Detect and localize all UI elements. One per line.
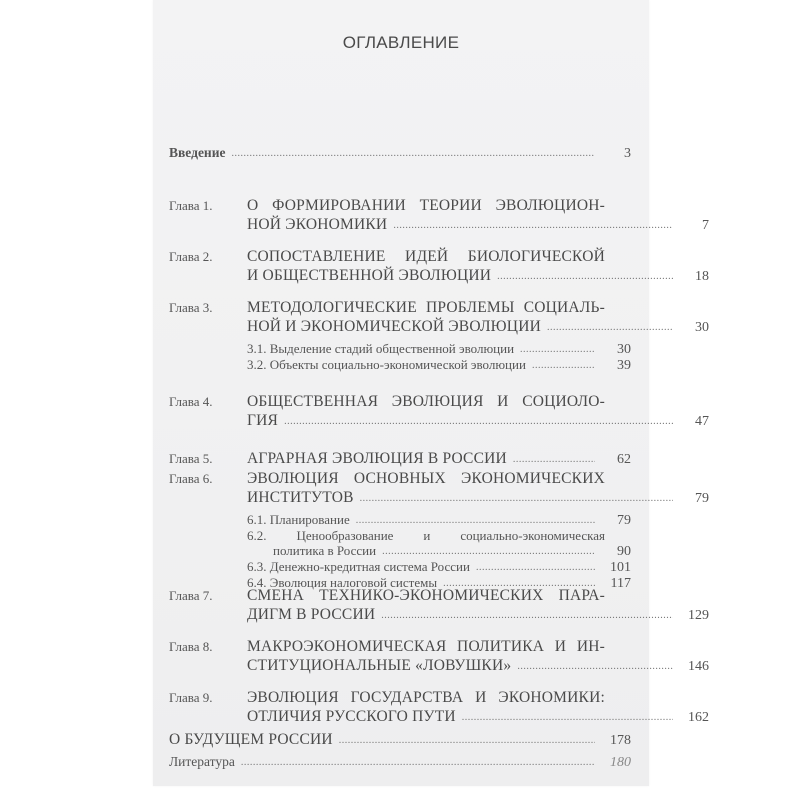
dot-leader — [382, 547, 595, 557]
toc-row: Глава 9.ЭВОЛЮЦИЯГОСУДАРСТВАИЭКОНОМИКИ: — [169, 688, 631, 707]
toc-entry-future[interactable]: О БУДУЩЕМ РОССИИ178 — [169, 730, 631, 750]
chapter-number: Глава 2. — [169, 247, 247, 266]
toc-row: О БУДУЩЕМ РОССИИ178 — [169, 730, 631, 750]
toc-section[interactable]: 6.2.Ценообразованиеисоциально-экономичес… — [247, 528, 631, 559]
toc-row: СТИТУЦИОНАЛЬНЫЕ «ЛОВУШКИ»146 — [169, 656, 709, 676]
dot-leader — [520, 345, 595, 355]
section-title: 3.2. Объекты социально-экономической эво… — [247, 357, 526, 372]
toc-row: 3.2. Объекты социально-экономической эво… — [247, 357, 631, 373]
toc-row: Глава 7.СМЕНАТЕХНИКО-ЭКОНОМИЧЕСКИХПАРА- — [169, 586, 631, 605]
chapter-title: МАКРОЭКОНОМИЧЕСКАЯПОЛИТИКАИИН- — [247, 637, 631, 656]
toc-row: ДИГМ В РОССИИ129 — [169, 605, 709, 625]
toc-entry-chapter-8[interactable]: Глава 8.МАКРОЭКОНОМИЧЕСКАЯПОЛИТИКАИИН-СТ… — [169, 637, 631, 676]
toc-row: 6.2.Ценообразованиеисоциально-экономичес… — [247, 528, 631, 543]
chapter-title: СМЕНАТЕХНИКО-ЭКОНОМИЧЕСКИХПАРА- — [247, 586, 631, 605]
dot-leader — [393, 221, 673, 231]
toc-entry-chapter-1[interactable]: Глава 1.ОФОРМИРОВАНИИТЕОРИИЭВОЛЮЦИОН-НОЙ… — [169, 196, 631, 235]
page-number: 39 — [601, 358, 631, 373]
dot-leader — [231, 149, 595, 159]
toc-section[interactable]: 3.1. Выделение стадий общественной эволю… — [247, 341, 631, 357]
chapter-title: ЭВОЛЮЦИЯГОСУДАРСТВАИЭКОНОМИКИ: — [247, 688, 631, 707]
page-number: 129 — [679, 606, 709, 625]
toc-row: Глава 6.ЭВОЛЮЦИЯОСНОВНЫХЭКОНОМИЧЕСКИХ — [169, 469, 631, 488]
chapter-number: Глава 9. — [169, 688, 247, 707]
dot-leader — [284, 417, 673, 427]
dot-leader — [339, 736, 595, 746]
toc-section[interactable]: 6.1. Планирование79 — [247, 512, 631, 528]
section-title: 6.3. Денежно-кредитная система России — [247, 559, 470, 574]
page-number: 79 — [601, 513, 631, 528]
toc-entry-chapter-5[interactable]: Глава 5.АГРАРНАЯ ЭВОЛЮЦИЯ В РОССИИ62 — [169, 449, 631, 469]
toc-row: Глава 4.ОБЩЕСТВЕННАЯЭВОЛЮЦИЯИСОЦИОЛО- — [169, 392, 631, 411]
toc-section[interactable]: 3.2. Объекты социально-экономической эво… — [247, 357, 631, 373]
section-list: 6.1. Планирование796.2.Ценообразованиеис… — [169, 512, 631, 591]
chapter-title-continued: ДИГМ В РОССИИ — [247, 605, 375, 624]
section-title: политика в России — [247, 543, 376, 558]
chapter-title-continued: ИНСТИТУТОВ — [247, 488, 354, 507]
section-title: 6.1. Планирование — [247, 512, 350, 527]
chapter-number: Глава 1. — [169, 196, 247, 215]
toc-entry-chapter-6[interactable]: Глава 6.ЭВОЛЮЦИЯОСНОВНЫХЭКОНОМИЧЕСКИХИНС… — [169, 469, 631, 591]
toc-section[interactable]: 6.3. Денежно-кредитная система России101 — [247, 559, 631, 575]
toc-row: 6.1. Планирование79 — [247, 512, 631, 528]
section-title: 6.2.Ценообразованиеисоциально-экономичес… — [247, 528, 631, 543]
section-title: 3.1. Выделение стадий общественной эволю… — [247, 341, 514, 356]
page-number: 90 — [601, 544, 631, 559]
chapter-title: ОБЩЕСТВЕННАЯЭВОЛЮЦИЯИСОЦИОЛО- — [247, 392, 631, 411]
chapter-number: Глава 7. — [169, 586, 247, 605]
chapter-title-continued: И ОБЩЕСТВЕННОЙ ЭВОЛЮЦИИ — [247, 266, 491, 285]
toc-row: ГИЯ47 — [169, 411, 709, 431]
toc-row: 3.1. Выделение стадий общественной эволю… — [247, 341, 631, 357]
toc-row: Введение3 — [169, 143, 631, 163]
toc-row: Глава 2.СОПОСТАВЛЕНИЕИДЕЙБИОЛОГИЧЕСКОЙ — [169, 247, 631, 266]
toc-entry-chapter-3[interactable]: Глава 3.МЕТОДОЛОГИЧЕСКИЕПРОБЛЕМЫСОЦИАЛЬ-… — [169, 298, 631, 373]
chapter-number: Глава 4. — [169, 392, 247, 411]
dot-leader — [360, 494, 673, 504]
section-list: 3.1. Выделение стадий общественной эволю… — [169, 341, 631, 373]
chapter-title: СОПОСТАВЛЕНИЕИДЕЙБИОЛОГИЧЕСКОЙ — [247, 247, 631, 266]
toc-row: политика в России90 — [247, 543, 631, 559]
page-number: 180 — [601, 753, 631, 772]
chapter-title-continued: ГИЯ — [247, 411, 278, 430]
page-number: 30 — [601, 342, 631, 357]
toc-row: 6.3. Денежно-кредитная система России101 — [247, 559, 631, 575]
dot-leader — [513, 455, 595, 465]
entry-label: О БУДУЩЕМ РОССИИ — [169, 730, 333, 749]
page-number: 3 — [601, 144, 631, 163]
dot-leader — [356, 516, 595, 526]
chapter-number: Глава 3. — [169, 298, 247, 317]
page-number: 79 — [679, 489, 709, 508]
toc-row: НОЙ ЭКОНОМИКИ7 — [169, 215, 709, 235]
chapter-title: ОФОРМИРОВАНИИТЕОРИИЭВОЛЮЦИОН- — [247, 196, 631, 215]
toc-entry-chapter-9[interactable]: Глава 9.ЭВОЛЮЦИЯГОСУДАРСТВАИЭКОНОМИКИ:ОТ… — [169, 688, 631, 727]
chapter-number: Глава 6. — [169, 469, 247, 488]
chapter-number: Глава 5. — [169, 449, 247, 468]
dot-leader — [462, 713, 673, 723]
page-number: 178 — [601, 731, 631, 750]
dot-leader — [517, 662, 673, 672]
chapter-number: Глава 8. — [169, 637, 247, 656]
dot-leader — [381, 611, 673, 621]
page-number: 7 — [679, 216, 709, 235]
page-title: ОГЛАВЛЕНИЕ — [153, 33, 649, 53]
toc-row: Глава 3.МЕТОДОЛОГИЧЕСКИЕПРОБЛЕМЫСОЦИАЛЬ- — [169, 298, 631, 317]
toc-entry-chapter-2[interactable]: Глава 2.СОПОСТАВЛЕНИЕИДЕЙБИОЛОГИЧЕСКОЙИ … — [169, 247, 631, 286]
toc-entry-chapter-7[interactable]: Глава 7.СМЕНАТЕХНИКО-ЭКОНОМИЧЕСКИХПАРА-Д… — [169, 586, 631, 625]
page-number: 162 — [679, 708, 709, 727]
page-number: 47 — [679, 412, 709, 431]
page-number: 101 — [601, 560, 631, 575]
toc-row: НОЙ И ЭКОНОМИЧЕСКОЙ ЭВОЛЮЦИИ30 — [169, 317, 709, 337]
toc-entry-literature[interactable]: Литература180 — [169, 752, 631, 772]
toc-row: ИНСТИТУТОВ79 — [169, 488, 709, 508]
chapter-title-continued: НОЙ И ЭКОНОМИЧЕСКОЙ ЭВОЛЮЦИИ — [247, 317, 541, 336]
toc-entry-intro[interactable]: Введение3 — [169, 143, 631, 163]
dot-leader — [532, 361, 595, 371]
page-number: 146 — [679, 657, 709, 676]
toc-row: Литература180 — [169, 752, 631, 772]
page-number: 18 — [679, 267, 709, 286]
page-number: 62 — [601, 450, 631, 469]
dot-leader — [476, 563, 595, 573]
toc-row: ОТЛИЧИЯ РУССКОГО ПУТИ162 — [169, 707, 709, 727]
dot-leader — [497, 272, 673, 282]
entry-label: Введение — [169, 143, 225, 162]
toc-row: Глава 5.АГРАРНАЯ ЭВОЛЮЦИЯ В РОССИИ62 — [169, 449, 631, 469]
toc-row: Глава 1.ОФОРМИРОВАНИИТЕОРИИЭВОЛЮЦИОН- — [169, 196, 631, 215]
toc-row: Глава 8.МАКРОЭКОНОМИЧЕСКАЯПОЛИТИКАИИН- — [169, 637, 631, 656]
entry-label: Литература — [169, 752, 235, 771]
toc-row: И ОБЩЕСТВЕННОЙ ЭВОЛЮЦИИ18 — [169, 266, 709, 286]
chapter-title: МЕТОДОЛОГИЧЕСКИЕПРОБЛЕМЫСОЦИАЛЬ- — [247, 298, 631, 317]
page-number: 30 — [679, 318, 709, 337]
toc-entry-chapter-4[interactable]: Глава 4.ОБЩЕСТВЕННАЯЭВОЛЮЦИЯИСОЦИОЛО-ГИЯ… — [169, 392, 631, 431]
chapter-title-continued: ОТЛИЧИЯ РУССКОГО ПУТИ — [247, 707, 456, 726]
chapter-title-continued: НОЙ ЭКОНОМИКИ — [247, 215, 387, 234]
dot-leader — [547, 323, 673, 333]
chapter-title: ЭВОЛЮЦИЯОСНОВНЫХЭКОНОМИЧЕСКИХ — [247, 469, 631, 488]
chapter-title: АГРАРНАЯ ЭВОЛЮЦИЯ В РОССИИ — [247, 449, 507, 468]
chapter-title-continued: СТИТУЦИОНАЛЬНЫЕ «ЛОВУШКИ» — [247, 656, 511, 675]
dot-leader — [241, 758, 595, 768]
book-page: ОГЛАВЛЕНИЕ Введение3Глава 1.ОФОРМИРОВАНИ… — [153, 0, 649, 786]
